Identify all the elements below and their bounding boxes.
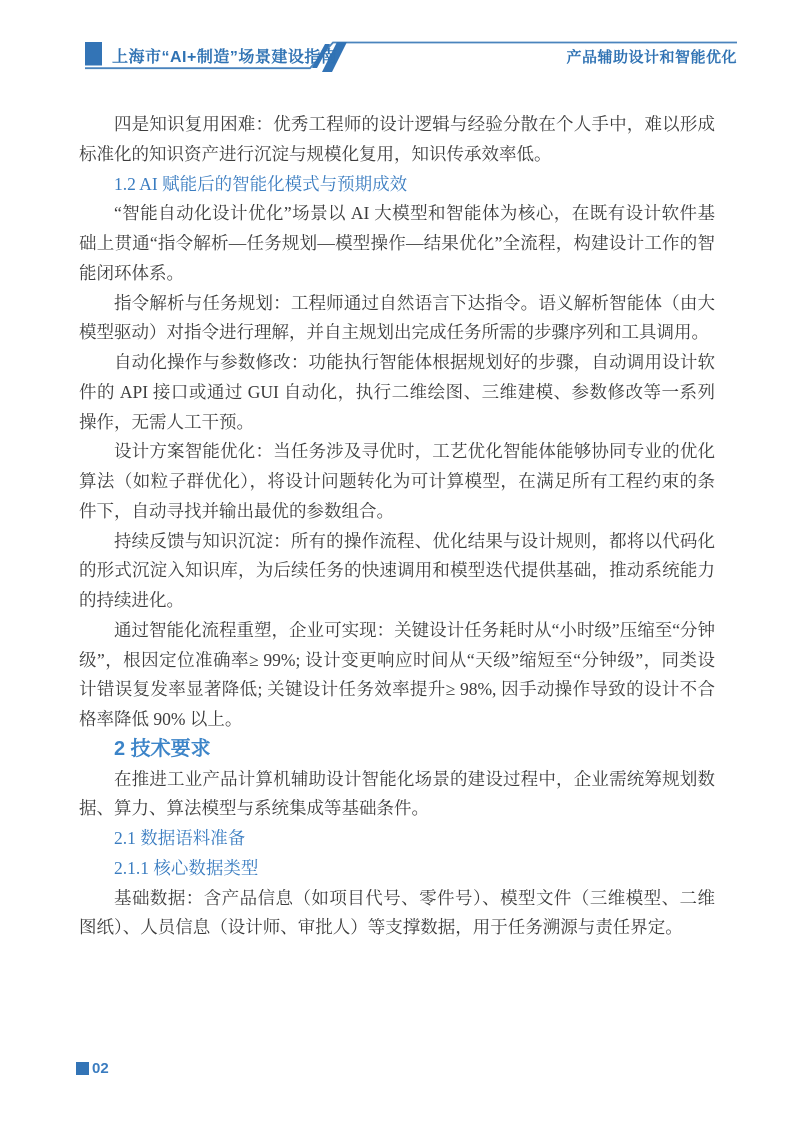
- section-heading: 2.1 数据语料准备: [79, 824, 715, 854]
- paragraph: 四是知识复用困难：优秀工程师的设计逻辑与经验分散在个人手中，难以形成标准化的知识…: [79, 110, 715, 170]
- section-heading: 2.1.1 核心数据类型: [79, 854, 715, 884]
- document-body: 四是知识复用困难：优秀工程师的设计逻辑与经验分散在个人手中，难以形成标准化的知识…: [79, 110, 715, 943]
- paragraph: “智能自动化设计优化”场景以 AI 大模型和智能体为核心，在既有设计软件基础上贯…: [79, 199, 715, 288]
- page-header: 上海市“AI+制造”场景建设指南 产品辅助设计和智能优化: [0, 0, 794, 82]
- paragraph: 持续反馈与知识沉淀：所有的操作流程、优化结果与设计规则，都将以代码化的形式沉淀入…: [79, 527, 715, 616]
- section-heading: 2 技术要求: [79, 735, 715, 765]
- section-heading: 1.2 AI 赋能后的智能化模式与预期成效: [79, 170, 715, 200]
- paragraph: 自动化操作与参数修改：功能执行智能体根据规划好的步骤，自动调用设计软件的 API…: [79, 348, 715, 437]
- footer-accent-square: [76, 1062, 89, 1075]
- page-number: 02: [92, 1060, 109, 1077]
- doc-title: 上海市“AI+制造”场景建设指南: [112, 44, 337, 67]
- paragraph: 通过智能化流程重塑，企业可实现：关键设计任务耗时从“小时级”压缩至“分钟级”，根…: [79, 616, 715, 735]
- paragraph: 指令解析与任务规划：工程师通过自然语言下达指令。语义解析智能体（由大模型驱动）对…: [79, 289, 715, 349]
- header-accent-square: [85, 42, 102, 66]
- paragraph: 基础数据：含产品信息（如项目代号、零件号）、模型文件（三维模型、二维图纸）、人员…: [79, 884, 715, 944]
- section-title: 产品辅助设计和智能优化: [566, 46, 737, 67]
- document-page: 上海市“AI+制造”场景建设指南 产品辅助设计和智能优化 四是知识复用困难：优秀…: [0, 0, 794, 1123]
- page-footer: 02: [76, 1060, 109, 1077]
- paragraph: 在推进工业产品计算机辅助设计智能化场景的建设过程中，企业需统筹规划数据、算力、算…: [79, 765, 715, 825]
- header-rule-graphic: [0, 0, 794, 82]
- paragraph: 设计方案智能优化：当任务涉及寻优时，工艺优化智能体能够协同专业的优化算法（如粒子…: [79, 437, 715, 526]
